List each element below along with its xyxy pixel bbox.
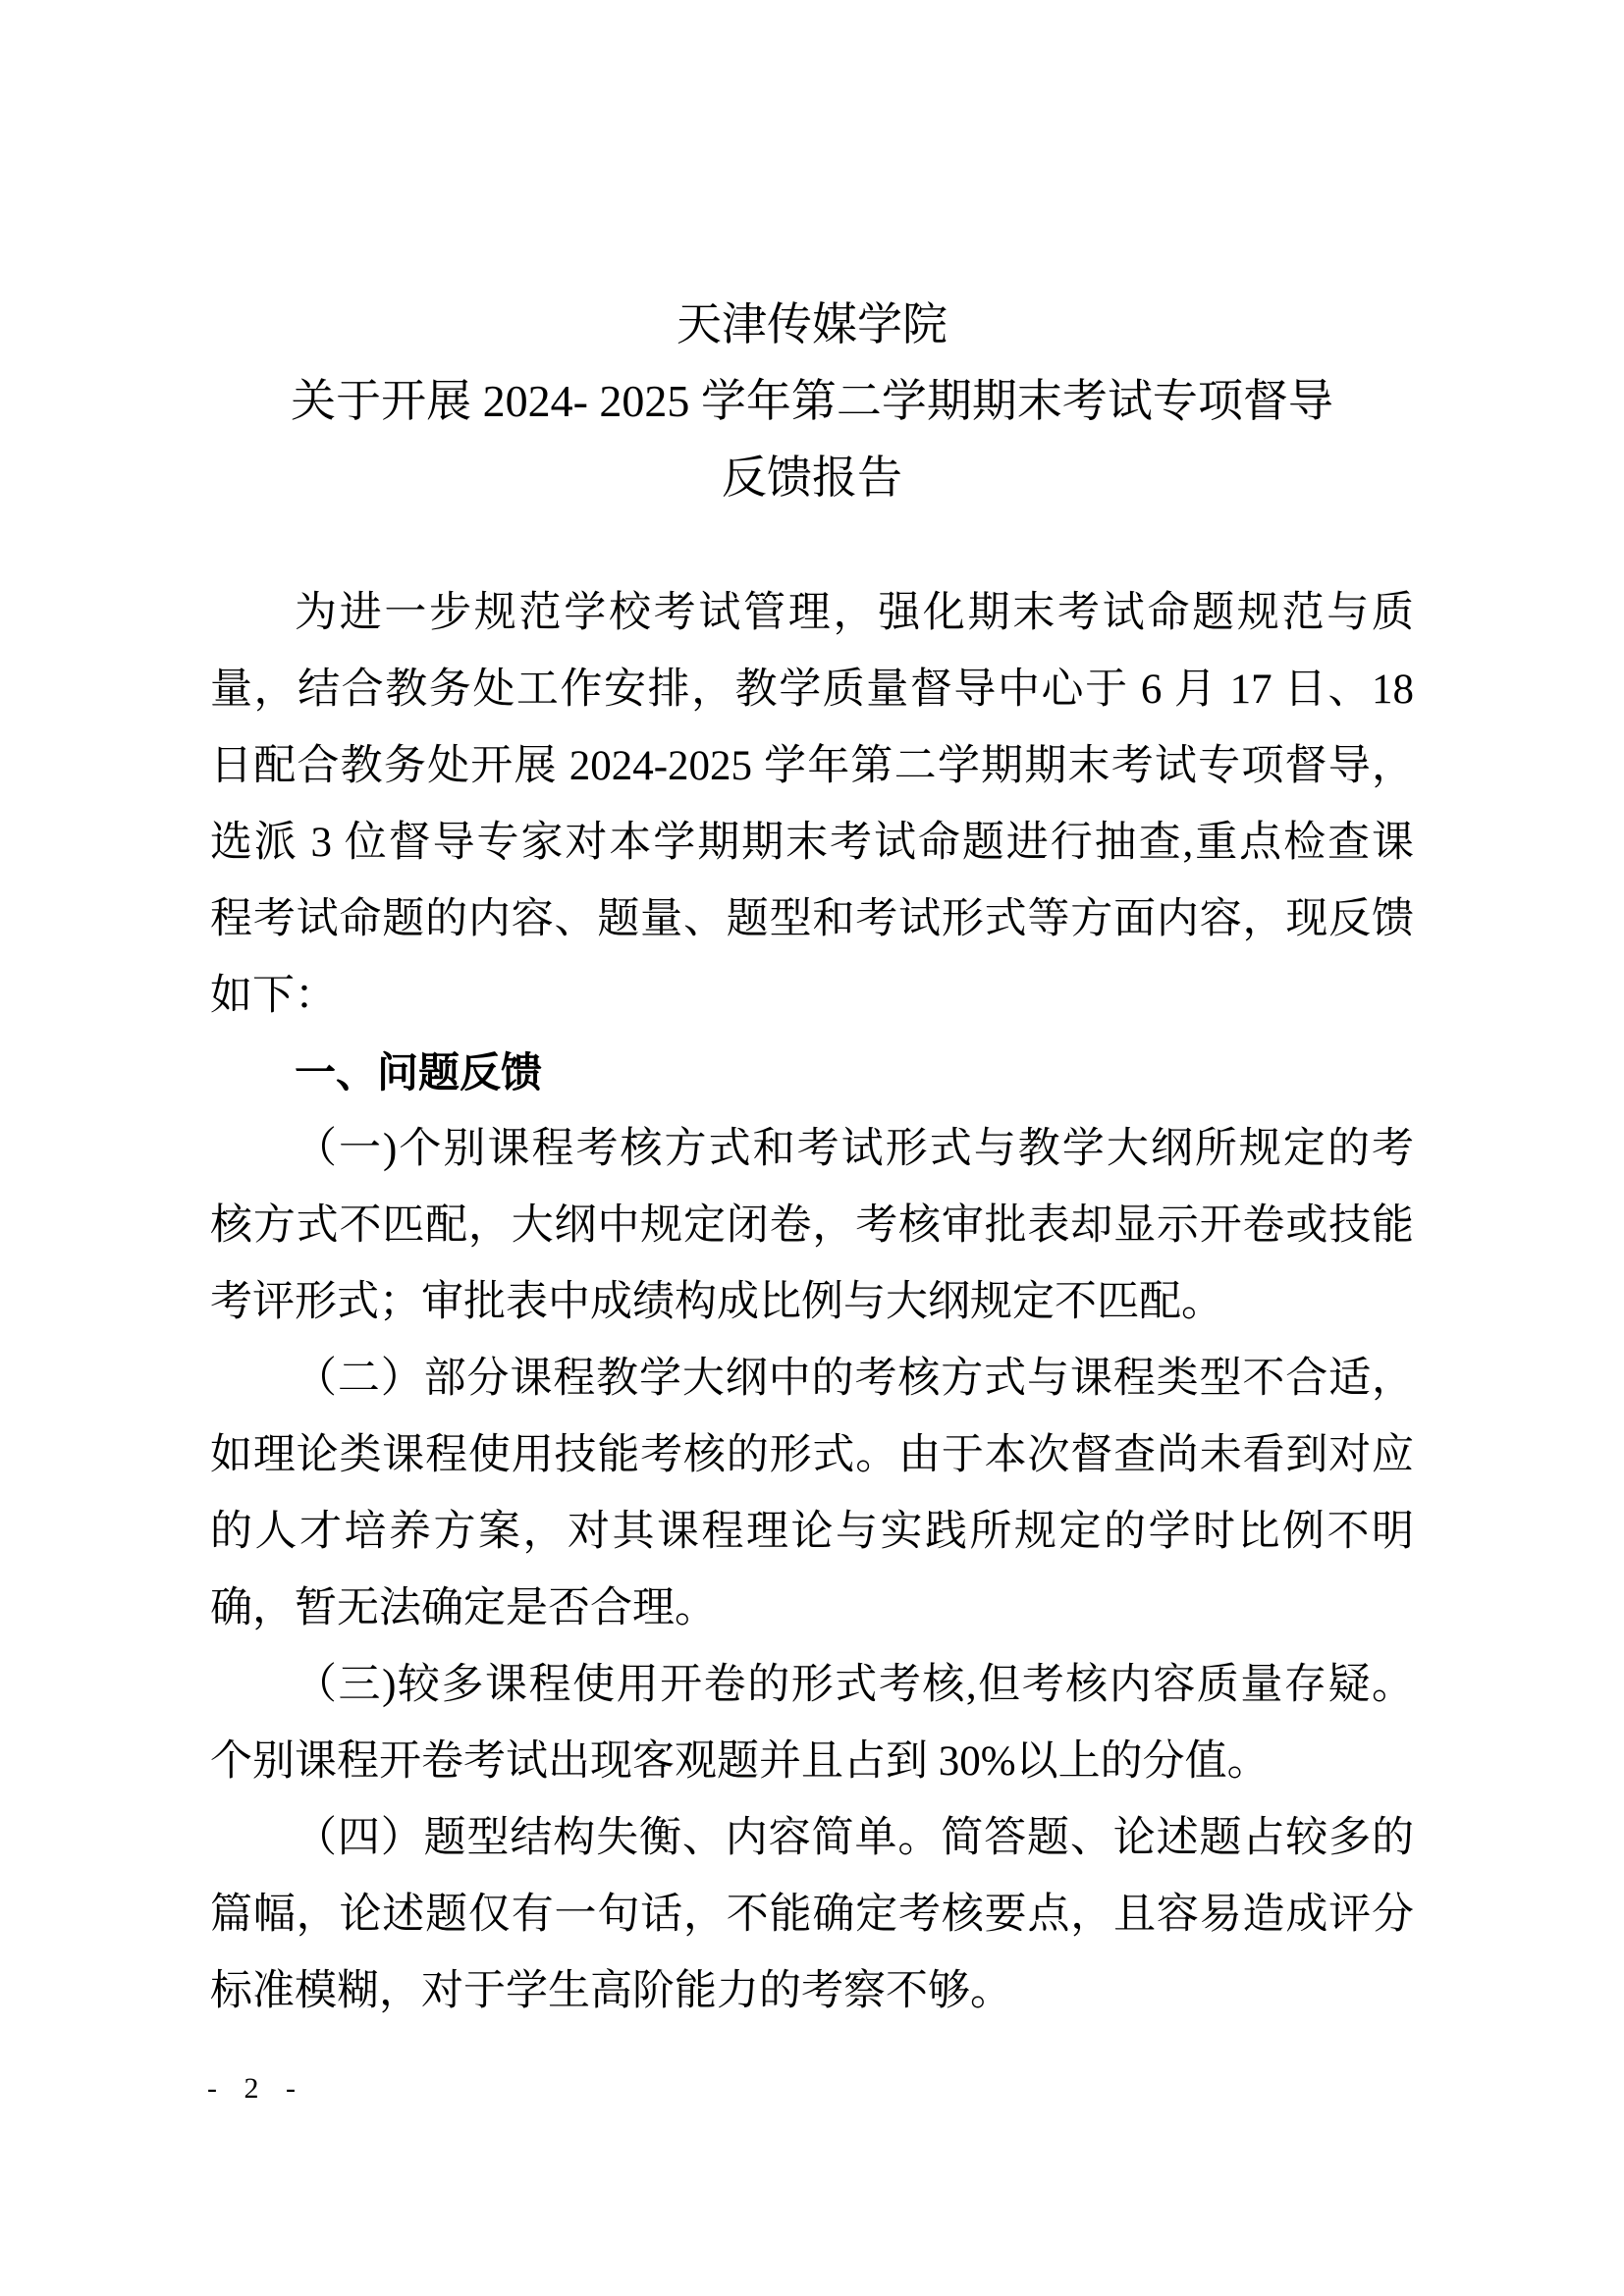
- document-line: 个别课程开卷考试出现客观题并且占到 30%以上的分值。: [210, 1724, 1414, 1800]
- document-line: 为进一步规范学校考试管理，强化期末考试命题规范与质: [210, 575, 1414, 652]
- section-heading: 一、问题反馈: [210, 1035, 1414, 1111]
- document-line: 的人才培养方案，对其课程理论与实践所规定的学时比例不明: [210, 1494, 1414, 1571]
- document-line: （二）部分课程教学大纲中的考核方式与课程类型不合适，: [210, 1341, 1414, 1417]
- document-line: 确，暂无法确定是否合理。: [210, 1571, 1414, 1647]
- document-line: 如理论类课程使用技能考核的形式。由于本次督查尚未看到对应: [210, 1417, 1414, 1494]
- document-line: （三)较多课程使用开卷的形式考核,但考核内容质量存疑。: [210, 1647, 1414, 1724]
- document-title: 天津传媒学院: [0, 287, 1624, 363]
- document-body: 为进一步规范学校考试管理，强化期末考试命题规范与质量，结合教务处工作安排，教学质…: [210, 575, 1414, 2030]
- document-line: （四）题型结构失衡、内容简单。简答题、论述题占较多的: [210, 1800, 1414, 1877]
- document-line: 考评形式；审批表中成绩构成比例与大纲规定不匹配。: [210, 1264, 1414, 1341]
- document-line: 日配合教务处开展 2024-2025 学年第二学期期末考试专项督导，: [210, 728, 1414, 805]
- document-line: 篇幅，论述题仅有一句话，不能确定考核要点，且容易造成评分: [210, 1877, 1414, 1953]
- document-line: 程考试命题的内容、题量、题型和考试形式等方面内容，现反馈: [210, 881, 1414, 958]
- document-line: 如下：: [210, 958, 1414, 1035]
- document-subtitle: 关于开展 2024- 2025 学年第二学期期末考试专项督导: [0, 363, 1624, 440]
- document-line: 核方式不匹配，大纲中规定闭卷，考核审批表却显示开卷或技能: [210, 1188, 1414, 1264]
- document-line: 量，结合教务处工作安排，教学质量督导中心于 6 月 17 日、18: [210, 652, 1414, 728]
- document-line: 标准模糊，对于学生高阶能力的考察不够。: [210, 1953, 1414, 2030]
- document-line: （一)个别课程考核方式和考试形式与教学大纲所规定的考: [210, 1111, 1414, 1188]
- document-subtitle-second-line: 反馈报告: [0, 440, 1624, 516]
- document-line: 选派 3 位督导专家对本学期期末考试命题进行抽查,重点检查课: [210, 805, 1414, 881]
- document-title-block: 天津传媒学院 关于开展 2024- 2025 学年第二学期期末考试专项督导 反馈…: [0, 287, 1624, 516]
- page-number: - 2 -: [207, 2069, 305, 2109]
- document-page: 天津传媒学院 关于开展 2024- 2025 学年第二学期期末考试专项督导 反馈…: [0, 0, 1624, 2296]
